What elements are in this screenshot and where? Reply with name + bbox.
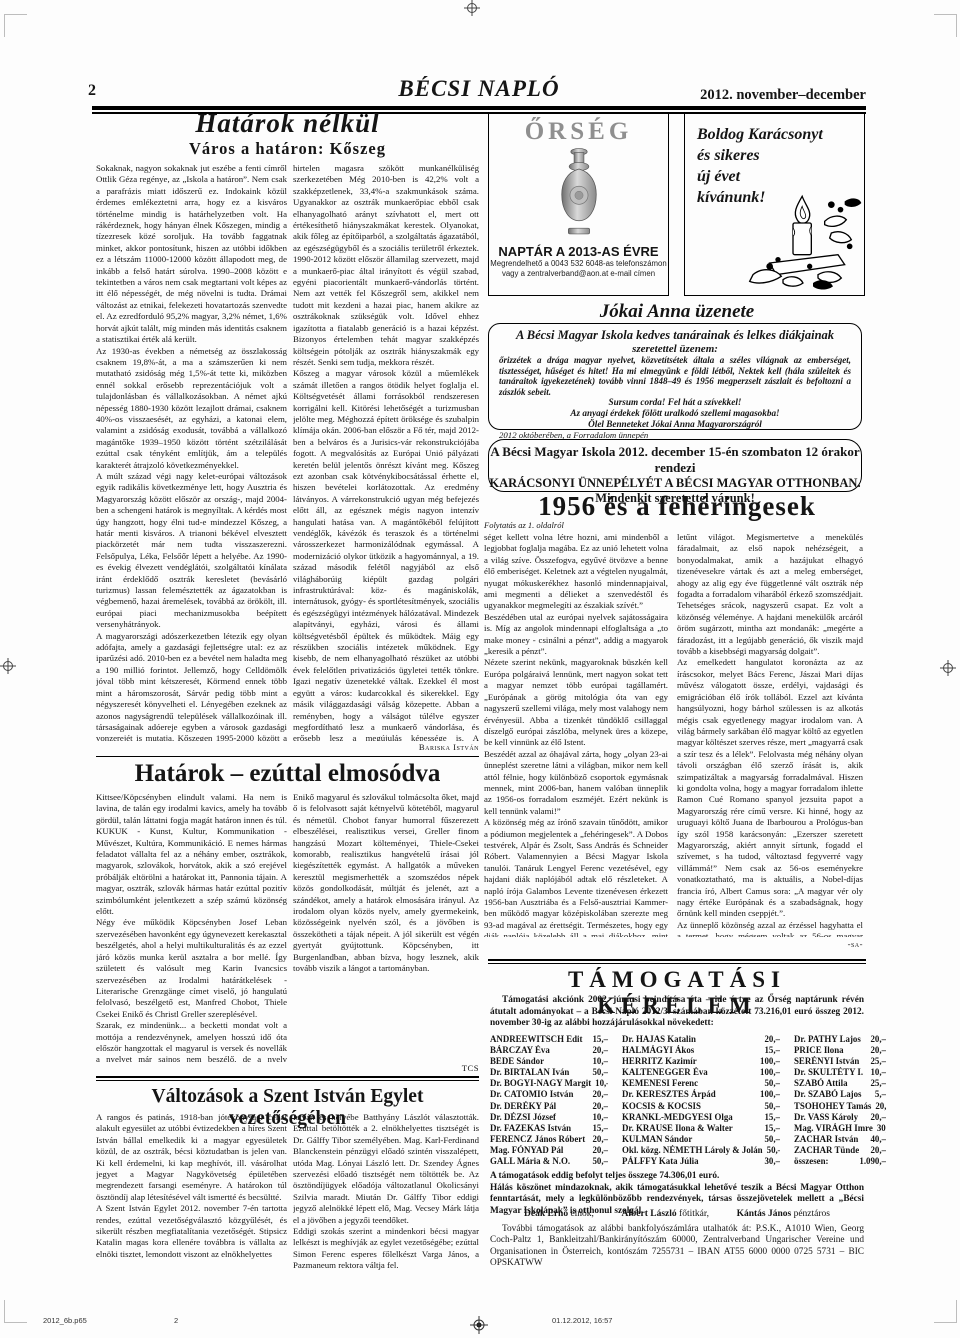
jokai-salutation: A Bécsi Magyar Iskola kedves tanárainak … xyxy=(499,328,851,343)
donor-row: KRANKL-MEDGYESI Olga15,– xyxy=(622,1112,780,1123)
section-rule xyxy=(96,756,479,757)
christmas-greeting-box: Boldog Karácsonytés sikeresúj évetkívánu… xyxy=(684,113,865,296)
donor-row: HALMÁGYI Ákos15,– xyxy=(622,1045,780,1056)
issue-date: 2012. november–december xyxy=(600,87,866,104)
footer-filename: 2012_6b.p65 xyxy=(43,1316,87,1325)
article-koszeg-subtitle: Város a határon: Kőszeg xyxy=(96,139,479,159)
donor-row: Dr. SZABÓ Lajos5,– xyxy=(794,1089,886,1100)
crop-mark xyxy=(4,14,27,37)
support-appeal-intro: Támogatási akciónk 2002. júniusi beindít… xyxy=(490,995,864,1030)
calendar-title: NAPTÁR A 2013-AS ÉVRE xyxy=(489,244,668,259)
article-1956-byline: -sa- xyxy=(677,939,863,949)
article-1956-column-1: séget kellett volna létre hozni, ami min… xyxy=(484,532,668,937)
jokai-sursum-line: Sursum corda! Fel hát a szívekkel! xyxy=(499,397,851,408)
jokai-szellemi-line: Az anyagi érdekek fölött uralkodó szelle… xyxy=(499,408,851,419)
donor-column-1: ANDREEWITSCH Edit15,–BÁRCZAY Éva20,–BEDE… xyxy=(490,1034,608,1167)
support-bank-info: További támogatások az alábbi bankfolyós… xyxy=(490,1224,864,1270)
article-egylet-column-1: A rangos és patinás, 1918-ban jótékonysá… xyxy=(96,1112,287,1288)
section-double-rule xyxy=(96,1076,479,1081)
article-elmosodva-column-1: Kittsee/Köpcsényben elindult valami. Ha … xyxy=(96,792,287,1062)
donor-row: SZABÓ Attila25,– xyxy=(794,1078,886,1089)
donor-row: Dr. CATOMIO István20,– xyxy=(490,1089,608,1100)
footer-print-timestamp: 01.12.2012, 16:57 xyxy=(552,1316,612,1325)
signatory: Albert László főtitkár, xyxy=(622,1209,710,1219)
article-1956-column-2: letűnt világot. Megismertetve a menekülé… xyxy=(677,532,863,937)
donor-row: Dr. KERESZTES Árpád100,– xyxy=(622,1089,780,1100)
article-elmosodva-title: Határok – ezúttal elmosódva xyxy=(96,760,479,788)
support-signatories: Deák Ernő elnök,Albert László főtitkár,K… xyxy=(490,1209,864,1219)
calendar-order-line-1: Megrendelhető a 0043 532 6048-as telefon… xyxy=(489,259,668,269)
donor-table: ANDREEWITSCH Edit15,–BÁRCZAY Éva20,–BEDE… xyxy=(490,1034,862,1167)
donor-row: KULMAN Sándor50,– xyxy=(622,1134,780,1145)
donor-row: ANDREEWITSCH Edit15,– xyxy=(490,1034,608,1045)
donor-row: GALL Mária & N.O.50,– xyxy=(490,1156,608,1167)
donor-row: KOCSIS & KOCSIS50,– xyxy=(622,1101,780,1112)
article-elmosodva-byline: TCS xyxy=(96,1063,479,1073)
donor-row: Dr. PATHY Lajos20,– xyxy=(794,1034,886,1045)
jokai-body: őrizzétek a drága magyar nyelvet, közvet… xyxy=(499,355,851,397)
article-koszeg-column-2: hirtelen magasra szökött munkanélküliség… xyxy=(293,163,479,741)
support-total-line: A támogatások eddig befolyt teljes össze… xyxy=(490,1171,864,1181)
jug-illustration xyxy=(550,146,608,238)
school-notice-line-2: KARÁCSONYI ÜNNEPÉLYÉT A BÉCSI MAGYAR OTT… xyxy=(489,476,861,491)
jokai-salutation-2: szeretettel üzenem: xyxy=(499,343,851,355)
donor-row: Okl. közg. NÉMETH Lároly & Jolán50,– xyxy=(622,1145,780,1156)
donor-row: Dr. DERÉKY Pál20,– xyxy=(490,1101,608,1112)
candle-holly-illustration xyxy=(744,193,862,293)
greeting-line: új évet xyxy=(685,166,864,187)
jokai-message-box: A Bécsi Magyar Iskola kedves tanárainak … xyxy=(488,323,862,430)
orseg-calendar-box: ŐRSÉG NAPTÁR A 2013-AS ÉVRE Megrendelhet… xyxy=(488,113,669,296)
donor-row: Dr. BOGYI-NAGY Margit10,– xyxy=(490,1078,608,1089)
donor-row: Dr. DÉZSI József10,– xyxy=(490,1112,608,1123)
donor-column-3: Dr. PATHY Lajos20,–PRICE Ilona20,–SERÉNY… xyxy=(794,1034,886,1167)
crop-mark xyxy=(934,14,957,37)
article-koszeg-title: Határok nélkül xyxy=(96,108,479,139)
donor-row: Mag. FÓNYAD Pál20,– xyxy=(490,1145,608,1156)
donor-row: Dr. BIRTALAN Iván50,– xyxy=(490,1067,608,1078)
article-egylet-column-2: István és helyébe Batthyány Lászlót vála… xyxy=(293,1112,479,1288)
donor-row: KEMENESI Ferenc50,– xyxy=(622,1078,780,1089)
registration-crosshair-icon xyxy=(940,660,956,676)
registration-crosshair-icon xyxy=(0,658,16,674)
jokai-signature: Ölel Benneteket Jókai Anna Magyarországr… xyxy=(499,419,851,430)
donor-row: HERRITZ Kazimír100,– xyxy=(622,1056,780,1067)
crop-mark xyxy=(4,1300,27,1323)
donor-row: FERENCZ János Róbert20,– xyxy=(490,1134,608,1145)
donor-row: összesen:1.090,– xyxy=(794,1156,886,1167)
donor-row: KALTENEGGER Éva100,– xyxy=(622,1067,780,1078)
donor-row: Dr. SKULTÉTY I.10,– xyxy=(794,1067,886,1078)
school-notice-line-1: A Bécsi Magyar Iskola 2012. december 15-… xyxy=(489,444,861,476)
article-koszeg-column-1: Sokaknak, nagyon sokaknak jut eszébe a f… xyxy=(96,163,287,741)
donor-row: PÁLFFY Kata Júlia30,– xyxy=(622,1156,780,1167)
donor-row: PRICE Ilona20,– xyxy=(794,1045,886,1056)
school-christmas-notice-box: A Bécsi Magyar Iskola 2012. december 15-… xyxy=(488,439,862,492)
greeting-line: és sikeres xyxy=(685,145,864,166)
donor-row: BÁRCZAY Éva20,– xyxy=(490,1045,608,1056)
donor-row: Dr. KRAUSE Ilona & Walter15,– xyxy=(622,1123,780,1134)
donor-row: BEDE Sándor10,– xyxy=(490,1056,608,1067)
greeting-line: Boldog Karácsonyt xyxy=(685,124,864,145)
donor-row: ZACHAR István40,– xyxy=(794,1134,886,1145)
footer-page-number: 2 xyxy=(174,1316,178,1325)
donor-row: SERÉNYI István25,– xyxy=(794,1056,886,1067)
donor-row: Dr. HAJAS Katalin20,– xyxy=(622,1034,780,1045)
article-elmosodva-column-2: Enikő magyarul és szlovákul tolmácsolta … xyxy=(293,792,479,1062)
orseg-title: ŐRSÉG xyxy=(489,118,668,146)
donor-row: ZACHAR Tünde20,– xyxy=(794,1145,886,1156)
section-double-rule xyxy=(488,959,866,964)
calendar-order-line-2: vagy a zentralverband@aon.at e-mail címe… xyxy=(489,269,668,279)
article-koszeg-byline: Bariska István xyxy=(96,742,479,752)
donor-row: Dr. VASS Károly20,– xyxy=(794,1112,886,1123)
donor-column-2: Dr. HAJAS Katalin20,–HALMÁGYI Ákos15,–HE… xyxy=(622,1034,780,1167)
newspaper-page: 2 BÉCSI NAPLÓ 2012. november–december Ha… xyxy=(0,0,960,1338)
donor-row: TSOHOHEY Tamás20,– xyxy=(794,1101,886,1112)
registration-crosshair-icon xyxy=(464,0,480,16)
registration-crosshair-icon xyxy=(470,1316,488,1334)
article-1956-title: 1956 és a fehéringesek xyxy=(488,491,866,522)
jokai-message-title: Jókai Anna üzenete xyxy=(488,301,866,323)
signatory: Kántás János pénztáros xyxy=(737,1209,830,1219)
article-1956-continuation-note: Folytatás az 1. oldalról xyxy=(484,520,564,530)
crop-mark xyxy=(934,1300,957,1323)
donor-row: Dr. FAZEKAS István15,– xyxy=(490,1123,608,1134)
donor-row: Mag. VIRÁGH Imre30,– xyxy=(794,1123,886,1134)
signatory: Deák Ernő elnök, xyxy=(524,1209,594,1219)
